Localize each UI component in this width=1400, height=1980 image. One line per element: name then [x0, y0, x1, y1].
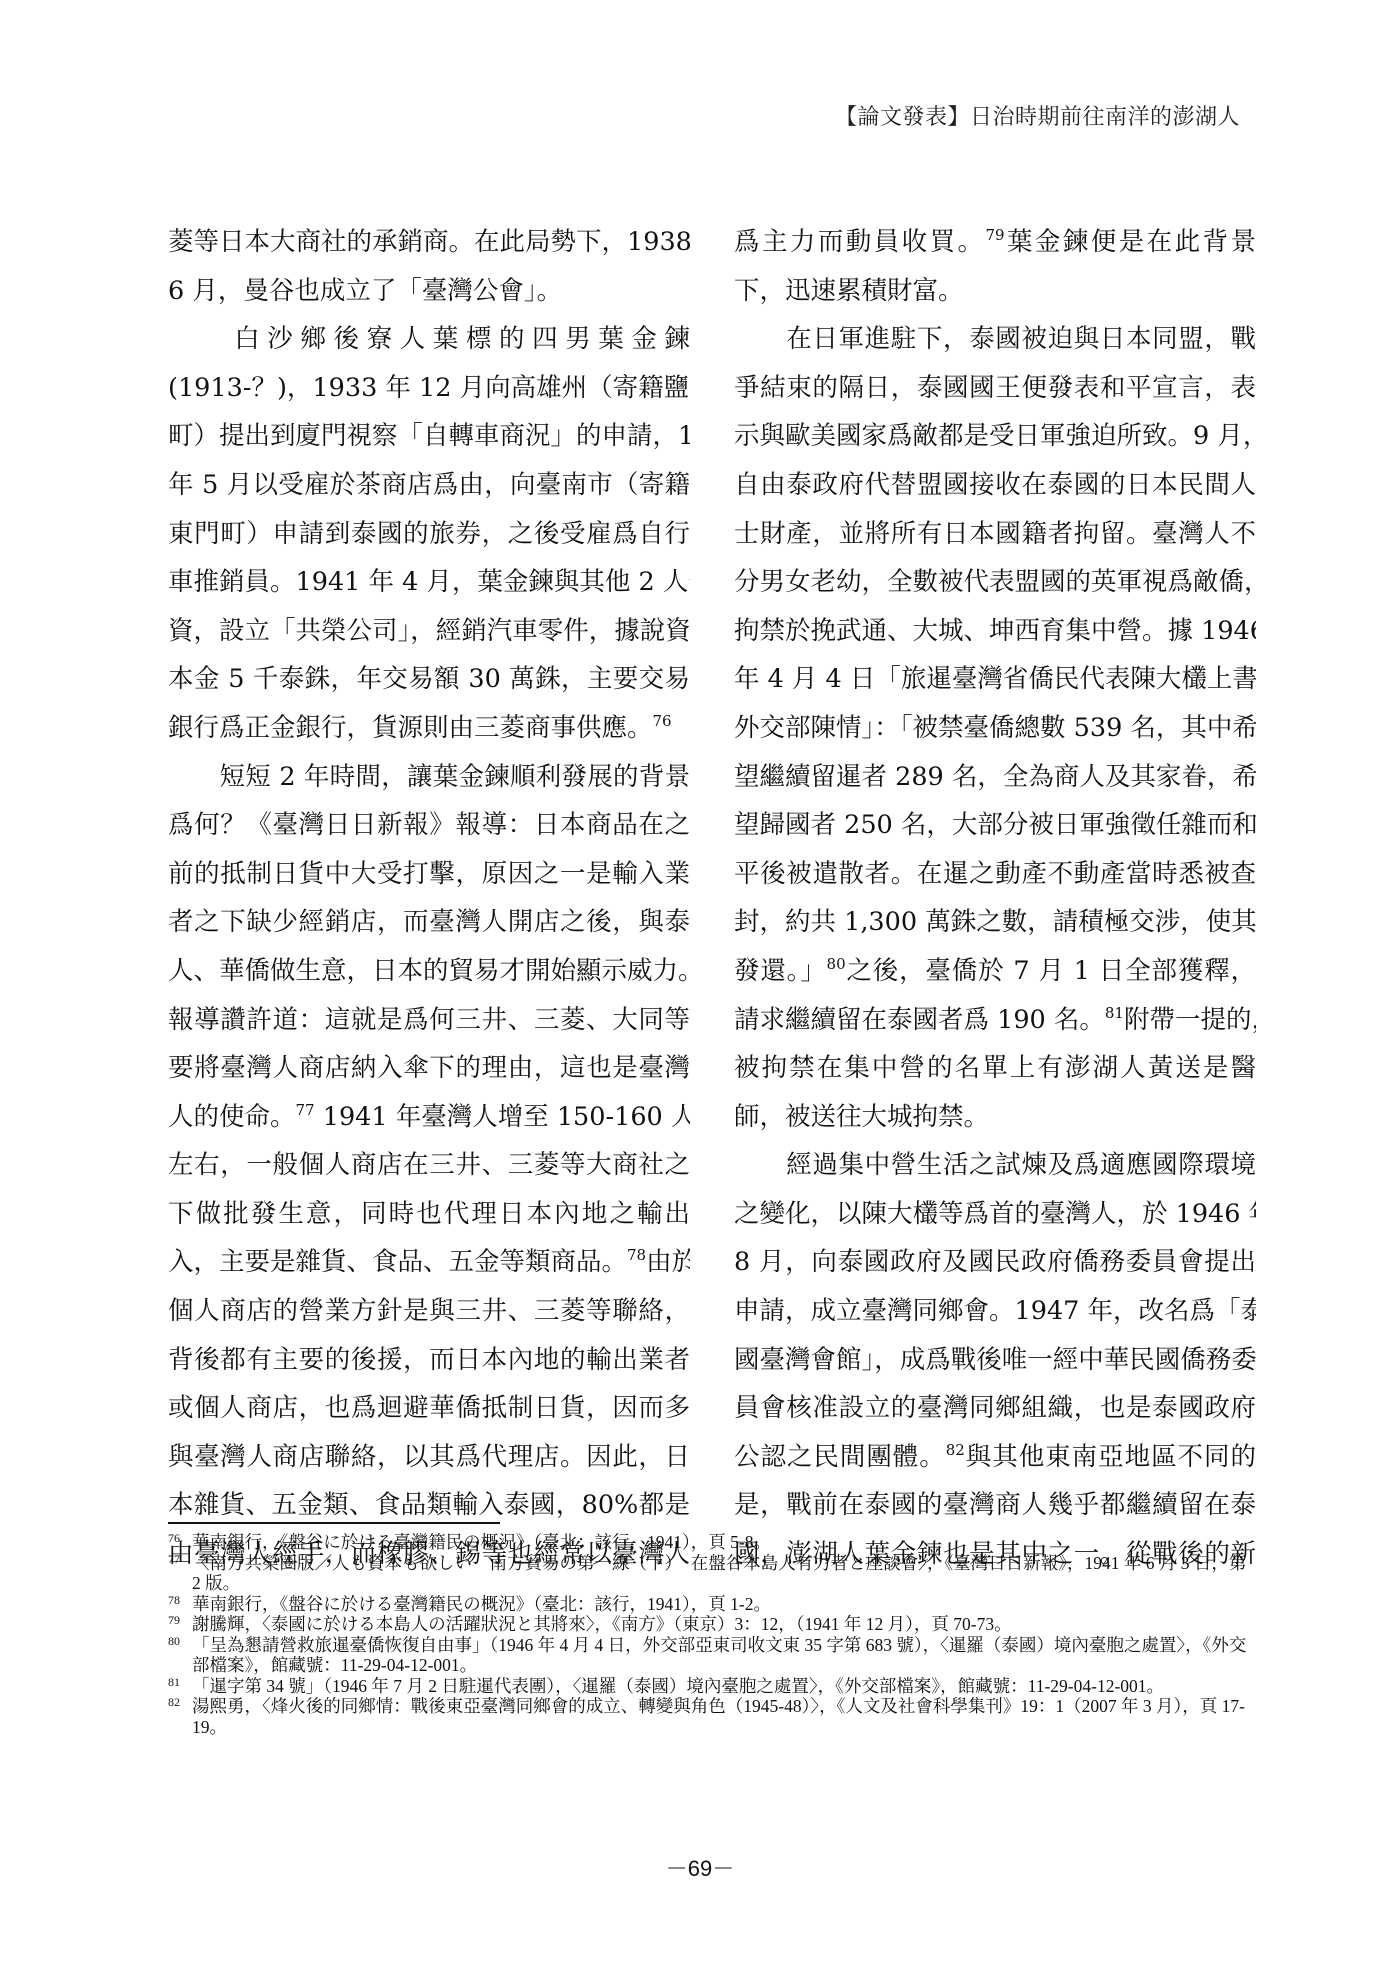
footnote-number: 77 [168, 1549, 180, 1570]
footnote-number: 79 [168, 1610, 180, 1631]
body-line: 下做批發生意，同時也代理日本內地之輸出 [168, 1190, 690, 1239]
footnote-79: 79謝騰輝，〈泰國に於ける本島人の活躍狀況と其將來〉，《南方》（東京）3：12，… [168, 1614, 1250, 1635]
footnote-77: 77〈南方共榮圈版／人も資本も欲しい 南方貿易の第一線（下） 在盤谷本島人有力者… [168, 1553, 1250, 1594]
page-number: －69－ [0, 1852, 1400, 1883]
body-line: 示與歐美國家爲敵都是受日軍強迫所致。9 月， [734, 412, 1256, 461]
footnote-ref[interactable]: 82 [946, 1441, 965, 1459]
body-line: 人的使命。77 1941 年臺灣人增至 150-160 人 [168, 1093, 690, 1142]
body-line: 銀行爲正金銀行，貨源則由三菱商事供應。76 [168, 704, 690, 753]
footnote-text: 華南銀行，《盤谷に於ける臺灣籍民の概況》（臺北：該行，1941），頁 5-8。 [192, 1532, 771, 1552]
body-line: 員會核准設立的臺灣同鄉組織，也是泰國政府 [734, 1384, 1256, 1433]
body-line: 申請，成立臺灣同鄉會。1947 年，改名爲「泰 [734, 1287, 1256, 1336]
body-text: 銀行爲正金銀行，貨源則由三菱商事供應。 [168, 713, 653, 743]
footnote-number: 82 [168, 1692, 180, 1713]
running-head-title: 【論文發表】日治時期前往南洋的澎湖人 [835, 100, 1240, 131]
body-text: 葉金鍊便是在此背景 [1005, 227, 1256, 257]
body-line: 白沙鄉後寮人葉標的四男葉金鍊 [168, 315, 690, 364]
quoted-text: 「被禁臺僑總數 539 名，其中希 [900, 713, 1256, 743]
footnote-ref[interactable]: 79 [985, 226, 1004, 244]
footnote-number: 80 [168, 1631, 180, 1652]
body-line: 個人商店的營業方針是與三井、三菱等聯絡， [168, 1287, 690, 1336]
body-line: 之變化，以陳大欉等爲首的臺灣人，於 1946 年 [734, 1190, 1256, 1239]
body-line: 前的抵制日貨中大受打擊，原因之一是輸入業 [168, 850, 690, 899]
body-line: 年 4 月 4 日「旅暹臺灣省僑民代表陳大欉上書 [734, 655, 1256, 704]
body-line: 在日軍進駐下，泰國被迫與日本同盟，戰 [734, 315, 1256, 364]
footnote-text: 湯熙勇，〈烽火後的同鄉情：戰後東亞臺灣同鄉會的成立、轉變與角色（1945-48）… [192, 1696, 1245, 1737]
body-text: 外交部陳情」： [734, 713, 900, 743]
body-line: 被拘禁在集中營的名單上有澎湖人黃送是醫 [734, 1044, 1256, 1093]
body-line: (1913-？)，1933 年 12 月向高雄州（寄籍鹽埕 [168, 364, 690, 413]
body-line: 人、華僑做生意，日本的貿易才開始顯示威力。 [168, 947, 690, 996]
footnote-82: 82湯熙勇，〈烽火後的同鄉情：戰後東亞臺灣同鄉會的成立、轉變與角色（1945-4… [168, 1696, 1250, 1737]
body-text: 爲主力而動員收買。 [734, 227, 985, 257]
footnote-80: 80「呈為懇請營救旅暹臺僑恢復自由事」（1946 年 4 月 4 日，外交部亞東… [168, 1635, 1250, 1676]
body-line: 經過集中營生活之試煉及爲適應國際環境 [734, 1141, 1256, 1190]
footnote-text: 「暹字第 34 號」（1946 年 7 月 2 日駐暹代表團），〈暹羅（泰國）境… [192, 1676, 1164, 1696]
footnote-divider [168, 1522, 500, 1524]
body-line: 國臺灣會館」，成爲戰後唯一經中華民國僑務委 [734, 1336, 1256, 1385]
body-line: 外交部陳情」：「被禁臺僑總數 539 名，其中希 [734, 704, 1256, 753]
body-text: 之後，臺僑於 7 月 1 日全部獲釋， [846, 956, 1256, 986]
right-column: 爲主力而動員收買。79葉金鍊便是在此背景 下，迅速累積財富。 在日軍進駐下，泰國… [734, 218, 1256, 1579]
footnote-78: 78華南銀行，《盤谷に於ける臺灣籍民の概況》（臺北：該行，1941），頁 1-2… [168, 1594, 1250, 1615]
footnote-text: 謝騰輝，〈泰國に於ける本島人の活躍狀況と其將來〉，《南方》（東京）3：12，（1… [192, 1614, 1012, 1634]
body-text: 由於 [646, 1247, 690, 1277]
footnote-text: 華南銀行，《盤谷に於ける臺灣籍民の概況》（臺北：該行，1941），頁 1-2。 [192, 1594, 771, 1614]
footnotes: 76華南銀行，《盤谷に於ける臺灣籍民の概況》（臺北：該行，1941），頁 5-8… [168, 1532, 1250, 1737]
body-line: 師，被送往大城拘禁。 [734, 1093, 1256, 1142]
footnote-text: 〈南方共榮圈版／人も資本も欲しい 南方貿易の第一線（下） 在盤谷本島人有力者と座… [192, 1553, 1246, 1594]
quoted-line: 封，約共 1,300 萬銖之數，請積極交涉，使其 [734, 898, 1256, 947]
body-text: 請求繼續留在泰國者爲 190 名。 [734, 1005, 1105, 1035]
body-line: 發還。」80之後，臺僑於 7 月 1 日全部獲釋， [734, 947, 1256, 996]
body-line: 東門町）申請到泰國的旅券，之後受雇爲自行 [168, 510, 690, 559]
quoted-line: 望繼續留暹者 289 名，全為商人及其家眷，希 [734, 753, 1256, 802]
body-line: 爲主力而動員收買。79葉金鍊便是在此背景 [734, 218, 1256, 267]
body-text: 公認之民間團體。 [734, 1442, 946, 1472]
body-line: 請求繼續留在泰國者爲 190 名。81附帶一提的， [734, 996, 1256, 1045]
body-text: 1941 年臺灣人增至 150-160 人 [315, 1102, 690, 1132]
footnote-number: 76 [168, 1528, 180, 1549]
body-line: 下，迅速累積財富。 [734, 267, 1256, 316]
body-line: 資，設立「共榮公司」，經銷汽車零件，據說資 [168, 607, 690, 656]
body-line: 8 月，向泰國政府及國民政府僑務委員會提出 [734, 1238, 1256, 1287]
body-text: 附帶一提的， [1124, 1005, 1256, 1035]
body-line: 或個人商店，也爲迴避華僑抵制日貨，因而多 [168, 1384, 690, 1433]
body-text: 入，主要是雜貨、食品、五金等類商品。 [168, 1247, 627, 1277]
footnote-ref[interactable]: 77 [296, 1101, 315, 1119]
body-line: 短短 2 年時間，讓葉金鍊順利發展的背景 [168, 753, 690, 802]
body-text: 與其他東南亞地區不同的 [965, 1442, 1256, 1472]
body-line: 要將臺灣人商店納入傘下的理由，這也是臺灣 [168, 1044, 690, 1093]
body-text: 發還。」 [734, 956, 827, 986]
body-line: 拘禁於挽武通、大城、坤西育集中營。據 1946 [734, 607, 1256, 656]
footnote-ref[interactable]: 78 [627, 1246, 646, 1264]
footnote-ref[interactable]: 81 [1105, 1004, 1124, 1022]
body-text: 人的使命。 [168, 1102, 296, 1132]
body-line: 爭結束的隔日，泰國國王便發表和平宣言，表 [734, 364, 1256, 413]
footnote-number: 81 [168, 1672, 180, 1693]
footnote-number: 78 [168, 1590, 180, 1611]
body-line: 本金 5 千泰銖，年交易額 30 萬銖，主要交易 [168, 655, 690, 704]
body-line: 報導讚許道：這就是爲何三井、三菱、大同等 [168, 996, 690, 1045]
footnote-76: 76華南銀行，《盤谷に於ける臺灣籍民の概況》（臺北：該行，1941），頁 5-8… [168, 1532, 1250, 1553]
left-column: 菱等日本大商社的承銷商。在此局勢下，1938 年 6 月，曼谷也成立了「臺灣公會… [168, 218, 690, 1579]
body-line: 菱等日本大商社的承銷商。在此局勢下，1938 年 [168, 218, 690, 267]
footnote-ref[interactable]: 76 [653, 712, 672, 730]
body-line: 車推銷員。1941 年 4 月，葉金鍊與其他 2 人合 [168, 558, 690, 607]
quoted-line: 平後被遣散者。在暹之動產不動產當時悉被查 [734, 850, 1256, 899]
quoted-line: 望歸國者 250 名，大部分被日軍強徵任雜而和 [734, 801, 1256, 850]
body-line: 士財產，並將所有日本國籍者拘留。臺灣人不 [734, 510, 1256, 559]
footnote-text: 「呈為懇請營救旅暹臺僑恢復自由事」（1946 年 4 月 4 日，外交部亞東司收… [192, 1635, 1246, 1676]
body-line: 入，主要是雜貨、食品、五金等類商品。78由於 [168, 1238, 690, 1287]
body-line: 分男女老幼，全數被代表盟國的英軍視爲敵僑， [734, 558, 1256, 607]
footnote-81: 81「暹字第 34 號」（1946 年 7 月 2 日駐暹代表團），〈暹羅（泰國… [168, 1676, 1250, 1697]
body-line: 者之下缺少經銷店，而臺灣人開店之後，與泰 [168, 898, 690, 947]
body-line: 背後都有主要的後援，而日本內地的輸出業者 [168, 1336, 690, 1385]
body-line: 自由泰政府代替盟國接收在泰國的日本民間人 [734, 461, 1256, 510]
body-line: 年 5 月以受雇於茶商店爲由，向臺南市（寄籍 [168, 461, 690, 510]
body-line: 6 月，曼谷也成立了「臺灣公會」。 [168, 267, 690, 316]
body-line: 爲何？《臺灣日日新報》報導：日本商品在之 [168, 801, 690, 850]
body-line: 是，戰前在泰國的臺灣商人幾乎都繼續留在泰 [734, 1481, 1256, 1530]
body-line: 與臺灣人商店聯絡，以其爲代理店。因此，日 [168, 1433, 690, 1482]
body-line: 左右，一般個人商店在三井、三菱等大商社之 [168, 1141, 690, 1190]
body-line: 公認之民間團體。82與其他東南亞地區不同的 [734, 1433, 1256, 1482]
body-line: 町）提出到廈門視察「自轉車商況」的申請，1940 [168, 412, 690, 461]
footnote-ref[interactable]: 80 [827, 955, 846, 973]
